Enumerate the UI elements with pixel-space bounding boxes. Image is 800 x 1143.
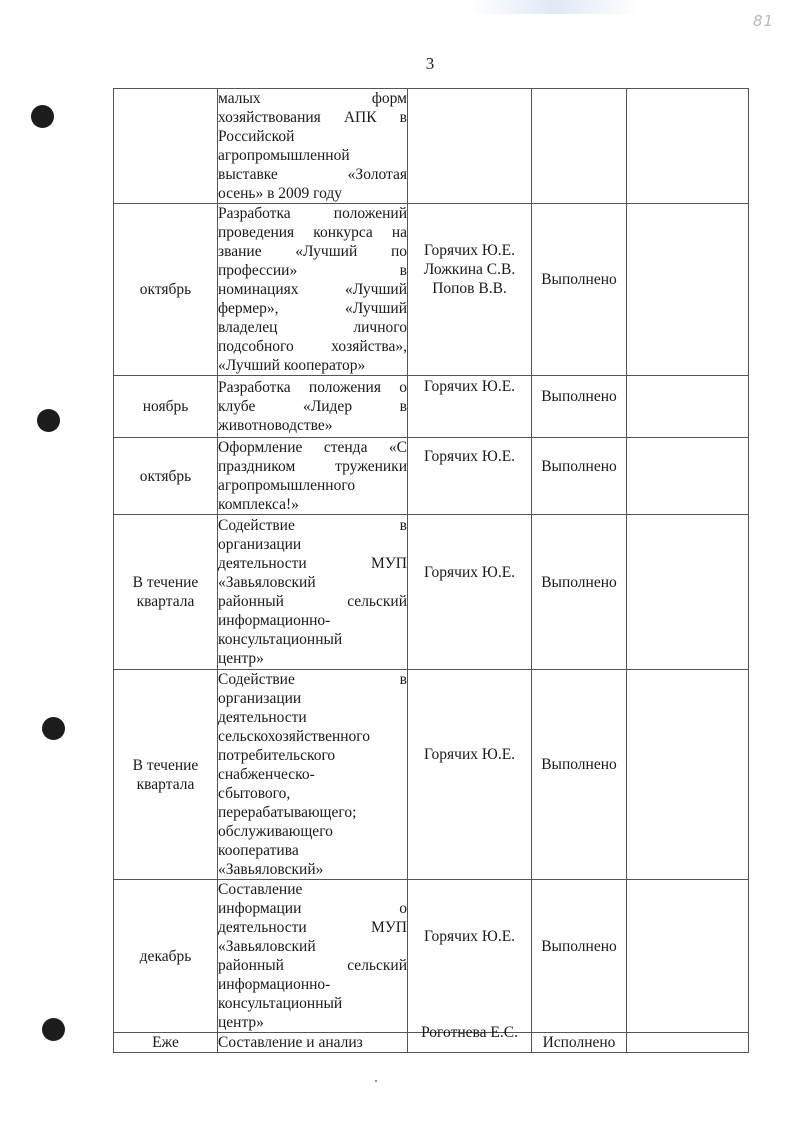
status-text: Выполнено: [541, 756, 617, 773]
responsible-person: Горячих Ю.Е.: [424, 745, 515, 764]
event-text-line: перерабатывающего;: [218, 803, 407, 822]
event-text-line: центр»: [218, 649, 407, 668]
cell-note: [627, 880, 749, 1033]
table-body: малых формхозяйствования АПК вРоссийской…: [114, 89, 749, 1053]
event-text-line: потребительского: [218, 746, 407, 765]
table-row: октябрьОформление стенда «Спраздником тр…: [114, 438, 749, 515]
event-text-line: хозяйствования АПК в: [218, 108, 407, 127]
cell-status: Выполнено: [532, 376, 627, 438]
cell-responsible: Горячих Ю.Е.: [408, 670, 532, 880]
event-text-line: деятельности МУП: [218, 918, 407, 937]
cell-date: [114, 89, 218, 204]
event-text-line: районный сельский: [218, 956, 407, 975]
event-text-line: «Завьяловский: [218, 573, 407, 592]
activity-plan-table: малых формхозяйствования АПК вРоссийской…: [113, 88, 749, 1053]
event-text-line: малых форм: [218, 89, 407, 108]
event-text-line: «Завьяловский»: [218, 860, 407, 879]
cell-status: Выполнено: [532, 438, 627, 515]
punch-hole: [42, 1018, 65, 1041]
event-text-line: владелец личного: [218, 318, 407, 337]
responsible-person: Попов В.В.: [424, 279, 516, 298]
cell-note: [627, 204, 749, 376]
cell-status: Выполнено: [532, 670, 627, 880]
event-text-line: проведения конкурса на: [218, 223, 407, 242]
event-text-line: сбытового,: [218, 784, 407, 803]
table-row: В течение кварталаСодействие ворганизаци…: [114, 670, 749, 880]
cell-responsible: Горячих Ю.Е.: [408, 880, 532, 1033]
event-text-line: комплекса!»: [218, 495, 407, 514]
punch-hole: [42, 717, 65, 740]
table-row: октябрьРазработка положенийпроведения ко…: [114, 204, 749, 376]
status-text: Выполнено: [541, 938, 617, 955]
status-text: Выполнено: [541, 574, 617, 591]
event-text-line: снабженческо-: [218, 765, 407, 784]
status-text: Выполнено: [541, 271, 617, 288]
cell-date: октябрь: [114, 204, 218, 376]
event-text-line: клубе «Лидер в: [218, 397, 407, 416]
cell-date: Еже: [114, 1033, 218, 1053]
event-text-line: фермер», «Лучший: [218, 299, 407, 318]
table-row: ноябрьРазработка положения оклубе «Лидер…: [114, 376, 749, 438]
cell-event: Содействие ворганизациидеятельности МУП«…: [218, 515, 408, 670]
responsible-person: Горячих Ю.Е.: [424, 563, 515, 582]
table-row: малых формхозяйствования АПК вРоссийской…: [114, 89, 749, 204]
event-text-line: обслуживающего: [218, 822, 407, 841]
event-text-line: номинациях «Лучший: [218, 280, 407, 299]
event-text-line: районный сельский: [218, 592, 407, 611]
cell-event: малых формхозяйствования АПК вРоссийской…: [218, 89, 408, 204]
event-text-line: Содействие в: [218, 516, 407, 535]
responsible-person: Горячих Ю.Е.: [424, 927, 515, 946]
scan-speck: [375, 1080, 377, 1082]
event-text-line: информационно-: [218, 975, 407, 994]
event-text-line: профессии» в: [218, 261, 407, 280]
cell-date: ноябрь: [114, 376, 218, 438]
event-text-line: осень» в 2009 году: [218, 184, 407, 203]
cell-status: Выполнено: [532, 204, 627, 376]
cell-event: Составление и анализ: [218, 1033, 408, 1053]
event-text-line: Российской: [218, 127, 407, 146]
event-text-line: подсобного хозяйства»,: [218, 337, 407, 356]
cell-event: Составлениеинформации одеятельности МУП«…: [218, 880, 408, 1033]
punch-hole: [31, 105, 54, 128]
cell-responsible: Роготнева Е.С.: [408, 1033, 532, 1053]
event-text-line: деятельности: [218, 708, 407, 727]
cell-date: В течение квартала: [114, 515, 218, 670]
cell-note: [627, 438, 749, 515]
cell-date: В течение квартала: [114, 670, 218, 880]
cell-status: Исполнено: [532, 1033, 627, 1053]
status-text: Выполнено: [541, 388, 617, 405]
cell-event: Разработка положенийпроведения конкурса …: [218, 204, 408, 376]
event-text-line: «Лучший кооператор»: [218, 356, 407, 375]
responsible-person: Горячих Ю.Е.: [424, 447, 515, 466]
table-row: В течение кварталаСодействие ворганизаци…: [114, 515, 749, 670]
event-text-line: агропромышленной: [218, 146, 407, 165]
event-text-line: звание «Лучший по: [218, 242, 407, 261]
archive-page-number: 81: [753, 12, 774, 30]
cell-note: [627, 515, 749, 670]
cell-responsible: Горячих Ю.Е.: [408, 376, 532, 438]
event-text-line: консультационный: [218, 630, 407, 649]
event-text-line: кооператива: [218, 841, 407, 860]
event-text-line: организации: [218, 689, 407, 708]
event-text-line: Разработка положений: [218, 204, 407, 223]
cell-responsible: Горячих Ю.Е.: [408, 515, 532, 670]
responsible-person: Горячих Ю.Е.: [424, 377, 515, 396]
responsible-person: Горячих Ю.Е.: [424, 241, 516, 260]
event-text-line: животноводстве»: [218, 416, 407, 435]
status-text: Выполнено: [541, 458, 617, 475]
event-text-line: выставке «Золотая: [218, 165, 407, 184]
event-text-line: сельскохозяйственного: [218, 727, 407, 746]
status-text: Исполнено: [543, 1034, 616, 1051]
event-text-line: Разработка положения о: [218, 378, 407, 397]
cell-event: Разработка положения оклубе «Лидер вживо…: [218, 376, 408, 438]
cell-note: [627, 376, 749, 438]
event-text-line: праздником труженики: [218, 457, 407, 476]
cell-event: Содействие ворганизациидеятельностисельс…: [218, 670, 408, 880]
cell-status: Выполнено: [532, 880, 627, 1033]
cell-status: Выполнено: [532, 515, 627, 670]
table-row: ЕжеСоставление и анализРоготнева Е.С.Исп…: [114, 1033, 749, 1053]
cell-responsible: [408, 89, 532, 204]
cell-note: [627, 670, 749, 880]
cell-event: Оформление стенда «Спраздником труженики…: [218, 438, 408, 515]
event-text-line: деятельности МУП: [218, 554, 407, 573]
cell-date: октябрь: [114, 438, 218, 515]
cell-note: [627, 89, 749, 204]
event-text-line: Составление: [218, 880, 407, 899]
cell-note: [627, 1033, 749, 1053]
cell-responsible: Горячих Ю.Е.: [408, 438, 532, 515]
cell-date: декабрь: [114, 880, 218, 1033]
cell-responsible: Горячих Ю.Е.Ложкина С.В.Попов В.В.: [408, 204, 532, 376]
event-text-line: консультационный: [218, 994, 407, 1013]
event-text-line: информационно-: [218, 611, 407, 630]
punch-hole: [37, 409, 60, 432]
event-text-line: «Завьяловский: [218, 937, 407, 956]
responsible-person: Ложкина С.В.: [424, 260, 516, 279]
responsible-person: Роготнева Е.С.: [421, 1023, 518, 1042]
scan-tint-artifact: [470, 0, 640, 14]
event-text-line: Составление и анализ: [218, 1033, 407, 1052]
event-text-line: Оформление стенда «С: [218, 438, 407, 457]
event-text-line: Содействие в: [218, 670, 407, 689]
event-text-line: организации: [218, 535, 407, 554]
event-text-line: агропромышленного: [218, 476, 407, 495]
event-text-line: центр»: [218, 1013, 407, 1032]
page-number: 3: [0, 54, 800, 74]
table-row: декабрьСоставлениеинформации одеятельнос…: [114, 880, 749, 1033]
event-text-line: информации о: [218, 899, 407, 918]
cell-status: [532, 89, 627, 204]
